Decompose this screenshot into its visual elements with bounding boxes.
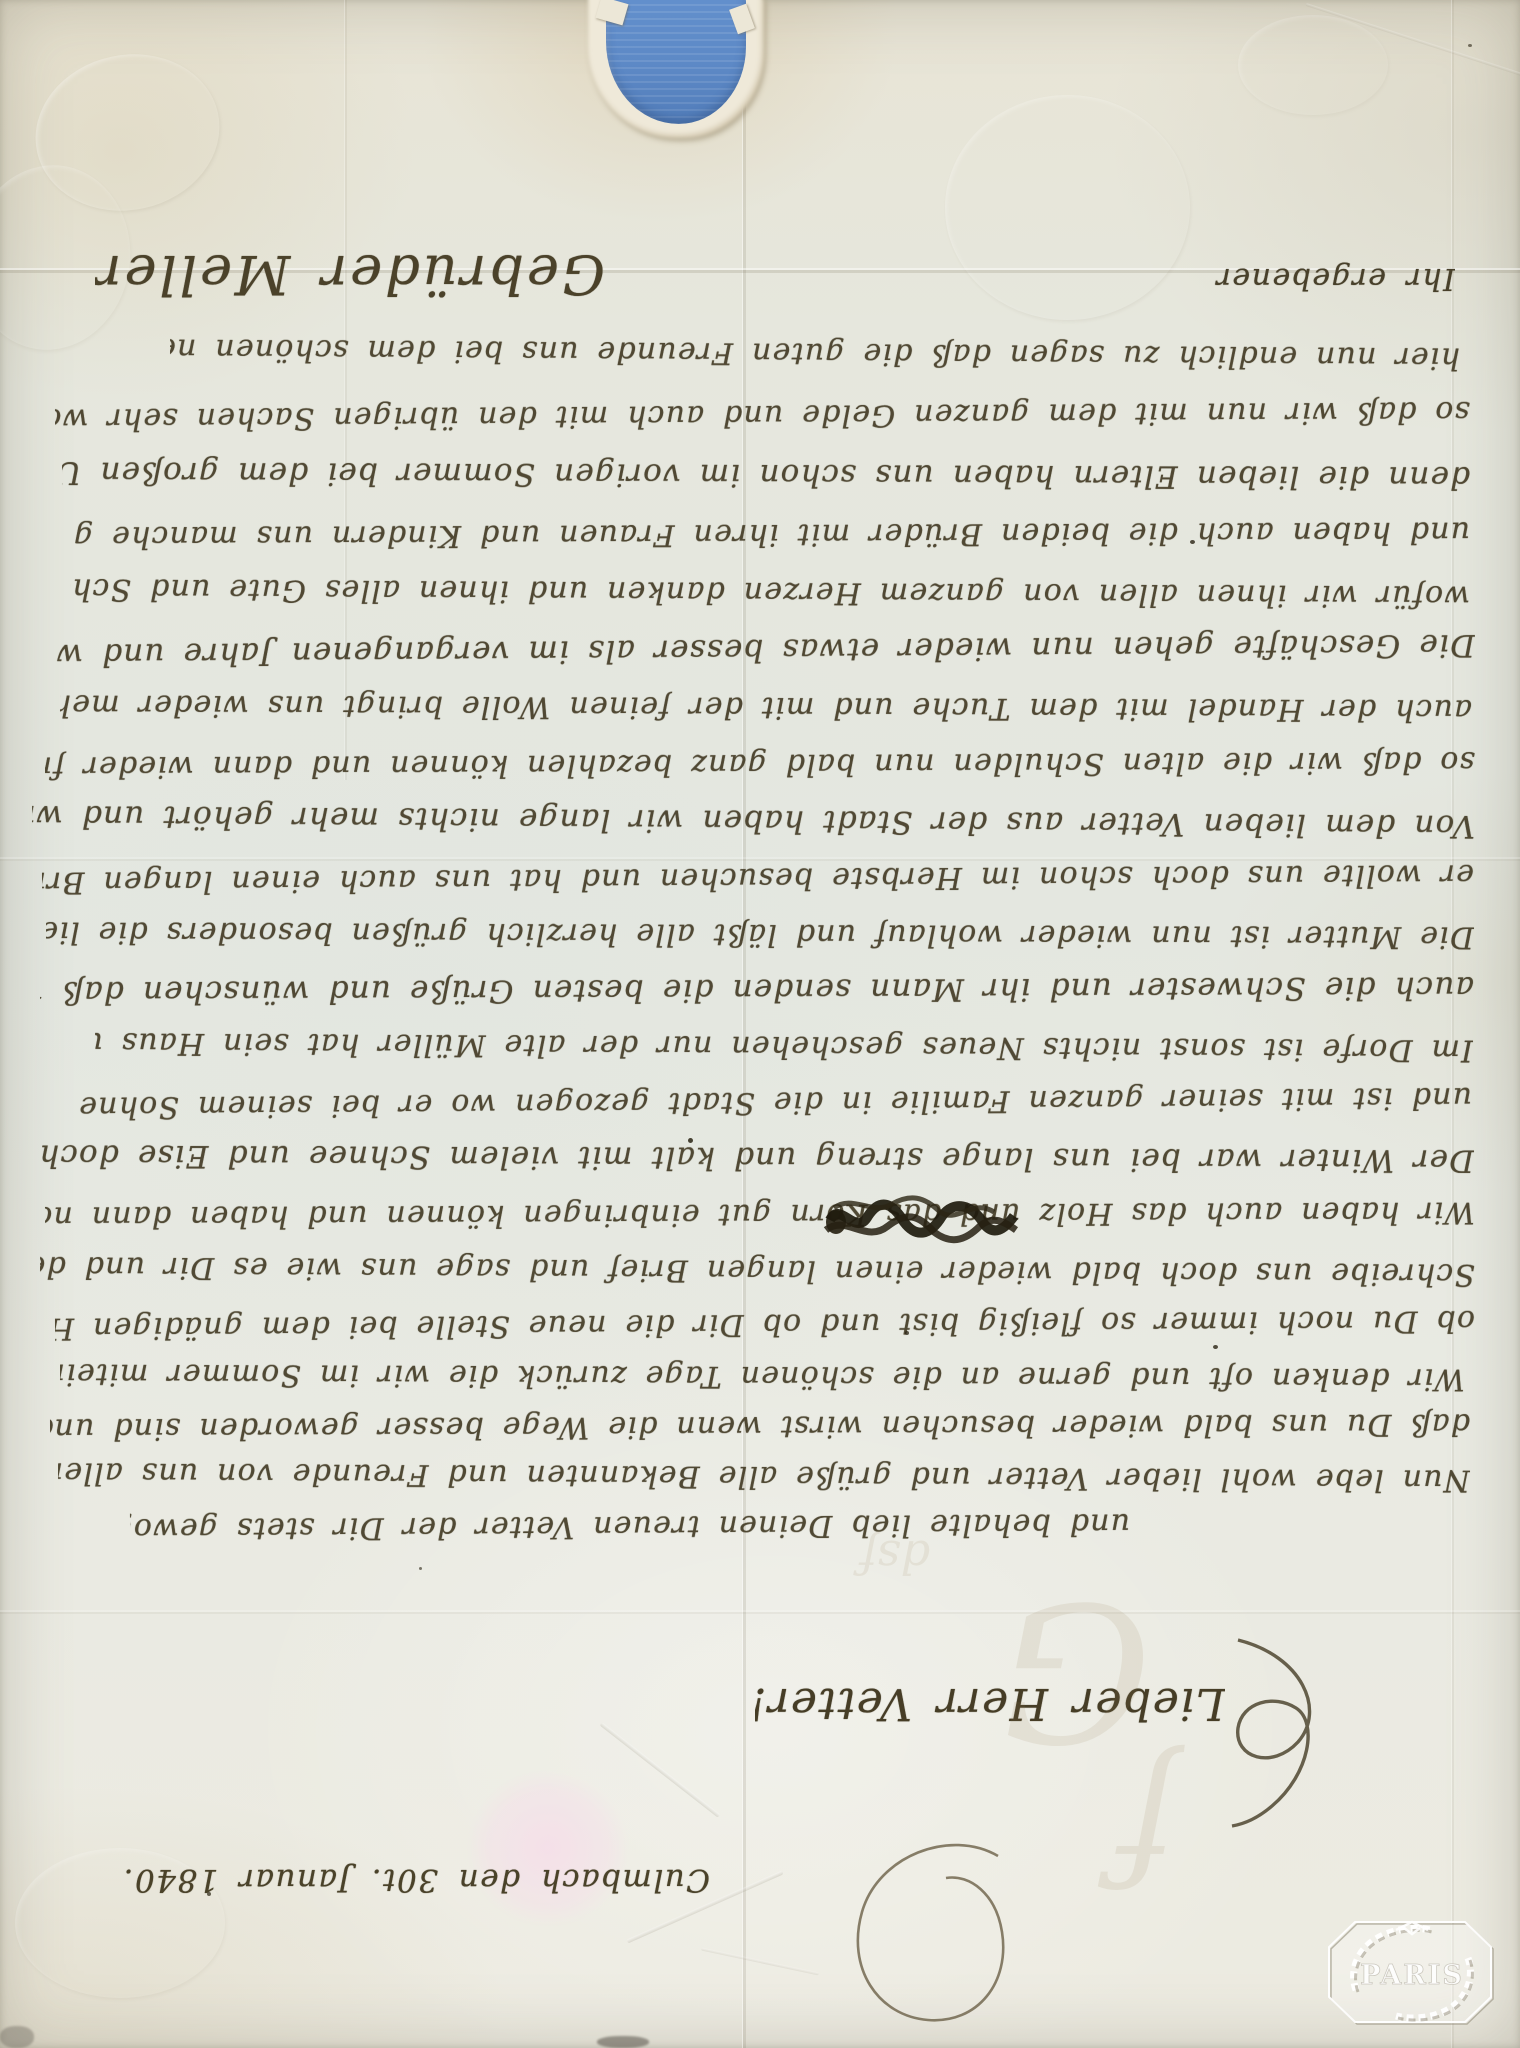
handwriting-line: Im Dorfe ist sonst nichts Neues geschehe…	[95, 1019, 1473, 1072]
ink-speck	[207, 1892, 211, 1896]
edge-smudge	[0, 2026, 34, 2048]
handwriting-line: daß Du uns bald wieder besuchen wirst we…	[50, 1401, 1470, 1452]
emboss-oval	[1238, 15, 1388, 115]
handwriting-line: und ist mit seiner ganzen Familie in die…	[60, 1074, 1472, 1130]
ink-speck	[905, 1331, 909, 1335]
handwriting-line: und haben auch die beiden Brüder mit ihr…	[75, 509, 1470, 560]
handwriting-line: auch die Schwester und ihr Mann senden d…	[40, 964, 1474, 1015]
handwriting-line: wofür wir ihnen allen von ganzem Herzen …	[70, 565, 1470, 618]
handwriting-line: Schreibe uns doch bald wieder einen lang…	[40, 1243, 1475, 1297]
fold-crease-vertical-right	[1451, 0, 1454, 2048]
ink-speck	[1213, 1345, 1218, 1349]
edge-smudge	[597, 2036, 649, 2048]
ink-scribble	[822, 1186, 1020, 1250]
dateline: Culmbach den 30t. Januar 1840.	[125, 1848, 710, 1906]
paper-wrinkle	[701, 1948, 819, 1976]
handwriting-line: denn die lieben Eltern haben uns schon i…	[62, 450, 1470, 501]
handwriting-line: ob Du noch immer so fleißig bist und ob …	[55, 1297, 1475, 1350]
handwriting-line: Nun lebe wohl lieber Vetter und grüße al…	[58, 1449, 1470, 1502]
ink-speck	[1190, 540, 1195, 544]
handwriting-line: er wollte uns doch schon im Herbste besu…	[42, 851, 1474, 904]
handwriting-line: hier nun endlich zu sagen daß die guten …	[170, 325, 1460, 380]
seal-letters: PARIS	[1360, 1960, 1464, 1991]
signature-script: Gebrüder Meller.	[95, 228, 605, 314]
closing-line: Ihr ergebener	[1150, 248, 1455, 304]
letter-scan-page: hier nun endlich zu sagen daß die guten …	[0, 0, 1520, 2048]
handwriting-line: auch der Handel mit dem Tuche und mit de…	[60, 682, 1472, 733]
bleed-through-mark: f	[1120, 1740, 1176, 1914]
handwriting-line: Wir haben auch das Holz und das Korn gut…	[45, 1189, 1475, 1240]
dateline-flourish-oval	[830, 1836, 1025, 2031]
salutation-line: Lieber Herr Vetter!	[755, 1662, 1225, 1738]
ink-speck	[688, 1138, 693, 1143]
salutation-flourish	[1210, 1628, 1350, 1833]
embossed-seal: PARIS	[1326, 1918, 1498, 2030]
ink-speck	[1468, 44, 1472, 47]
handwriting-line: so daß wir die alten Schulden nun bald g…	[45, 739, 1475, 790]
handwriting-line: so daß wir nun mit dem ganzen Gelde und …	[55, 388, 1470, 441]
handwriting-line: Von dem lieben Vetter aus der Stadt habe…	[32, 793, 1475, 849]
handwriting-line: Wir denken oft und gerne an die schönen …	[60, 1351, 1465, 1402]
ink-speck	[419, 1567, 422, 1570]
handwriting-line: Die Geschäfte gehen nun wieder etwas bes…	[55, 622, 1475, 678]
handwriting-line: Die Mutter ist nun wieder wohlauf und lä…	[46, 909, 1474, 960]
handwriting-line: Der Winter war bei uns lange streng und …	[42, 1133, 1474, 1184]
fold-crease-horizontal-low	[0, 1610, 1520, 1614]
handwriting-line: und behalte lieb Deinen treuen Vetter de…	[130, 1500, 1130, 1551]
bleed-through-mark: dsf	[860, 1530, 930, 1584]
